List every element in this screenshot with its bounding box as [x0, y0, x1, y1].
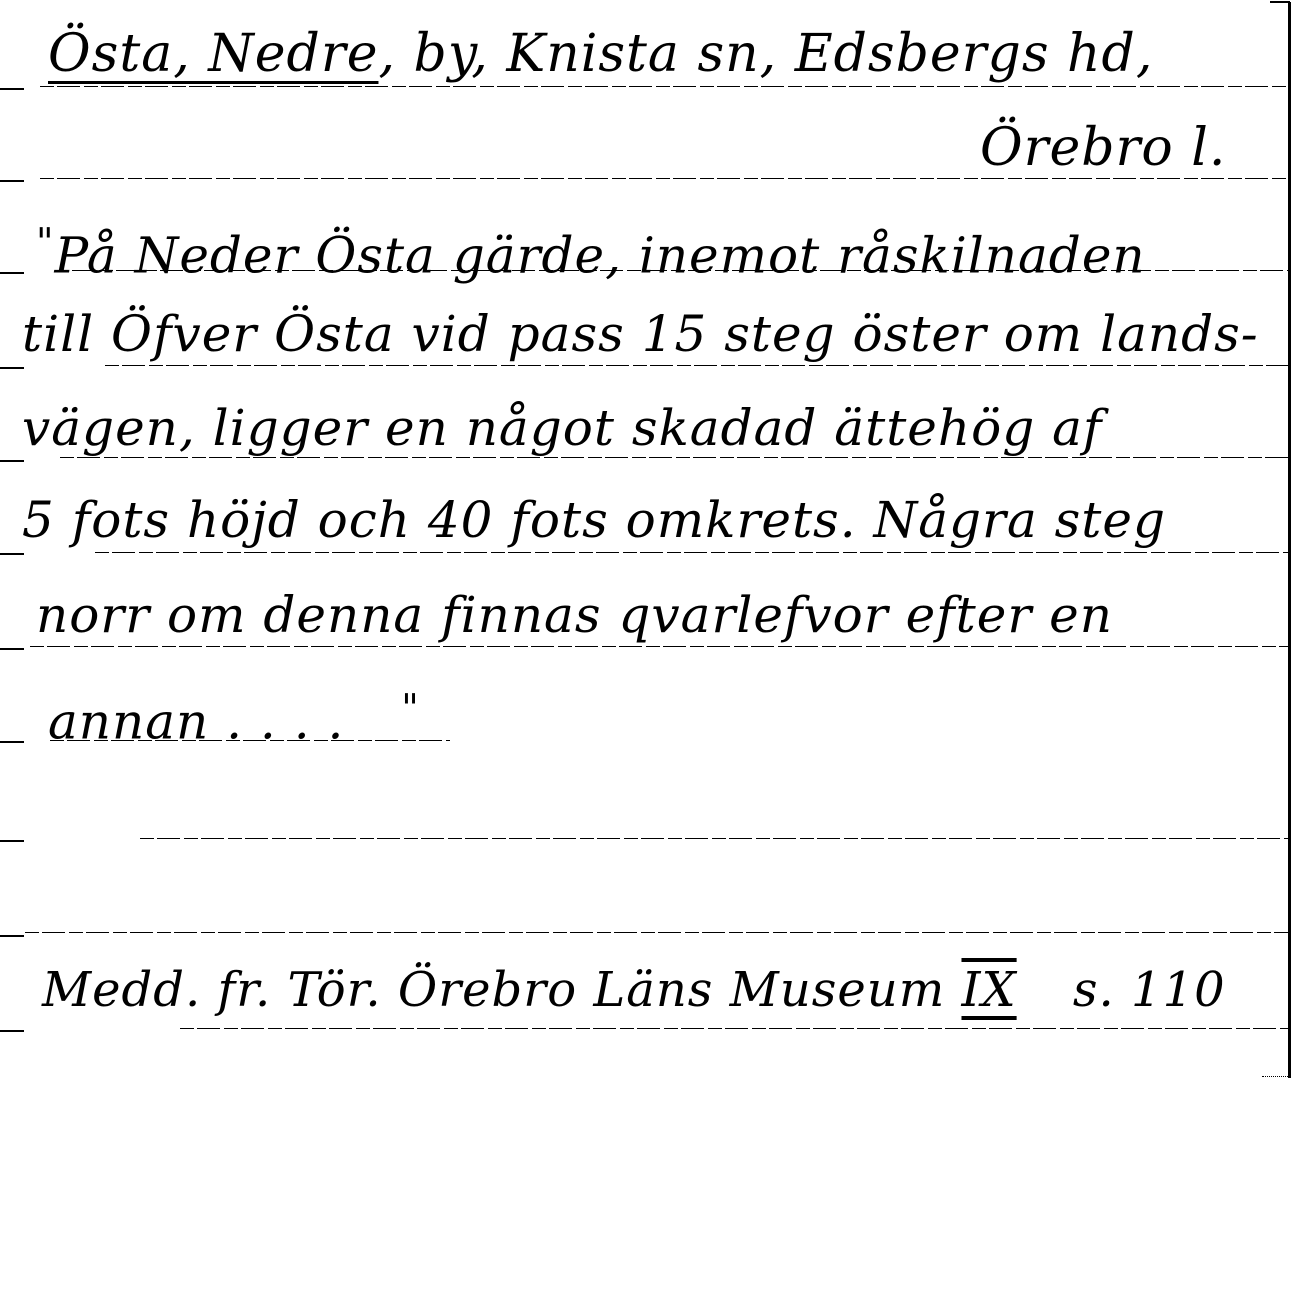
card-border-top — [1270, 1, 1290, 3]
card-heading: Östa, Nedre, by, Knista sn, Edsbergs hd, — [48, 24, 1153, 84]
margin-tick — [0, 840, 24, 842]
margin-tick — [0, 648, 24, 650]
quote-line-1: "På Neder Östa gärde, inemot råskilnaden — [36, 212, 1146, 286]
margin-tick — [0, 367, 24, 369]
place-name: Östa, Nedre — [48, 24, 378, 84]
margin-tick — [0, 553, 24, 555]
parish: Knista sn, — [506, 24, 777, 84]
source-text: Medd. fr. Tör. Örebro Läns Museum — [42, 962, 945, 1018]
card-border-bottom — [1262, 1076, 1290, 1078]
margin-tick — [0, 460, 24, 462]
ruled-line — [180, 1028, 1290, 1029]
quote-line-2: till Öfver Östa vid pass 15 steg öster o… — [22, 304, 1259, 364]
quote-line-6: annan . . . . " — [48, 678, 420, 752]
source-page: s. 110 — [1073, 962, 1226, 1018]
source-volume: IX — [961, 962, 1016, 1018]
margin-tick — [0, 935, 24, 937]
ruled-line — [105, 365, 1290, 366]
hundred: Edsbergs hd, — [795, 24, 1154, 84]
county: Örebro l. — [980, 118, 1226, 178]
ruled-line — [40, 86, 1290, 87]
margin-tick — [0, 741, 24, 743]
ruled-line — [40, 178, 1290, 179]
margin-tick — [0, 272, 24, 274]
source-reference: Medd. fr. Tör. Örebro Läns Museum IX s. … — [42, 960, 1226, 1020]
ruled-line — [95, 552, 1290, 553]
quote-line-4: 5 fots höjd och 40 fots omkrets. Några s… — [22, 490, 1166, 550]
margin-tick — [0, 1030, 24, 1032]
open-quote: " — [36, 220, 54, 264]
ruled-line — [25, 932, 1290, 933]
ruled-line — [30, 646, 1290, 647]
place-type: , by, — [378, 24, 488, 84]
quote-line-5: norr om denna finnas qvarlefvor efter en — [36, 585, 1113, 645]
margin-tick — [0, 180, 24, 182]
ruled-line — [140, 838, 1290, 839]
index-card: Östa, Nedre, by, Knista sn, Edsbergs hd,… — [0, 0, 1298, 1315]
card-border-right — [1288, 2, 1291, 1078]
margin-tick — [0, 88, 24, 90]
close-quote: " — [401, 686, 419, 730]
quote-line-3: vägen, ligger en något skadad ättehög af — [22, 398, 1102, 458]
